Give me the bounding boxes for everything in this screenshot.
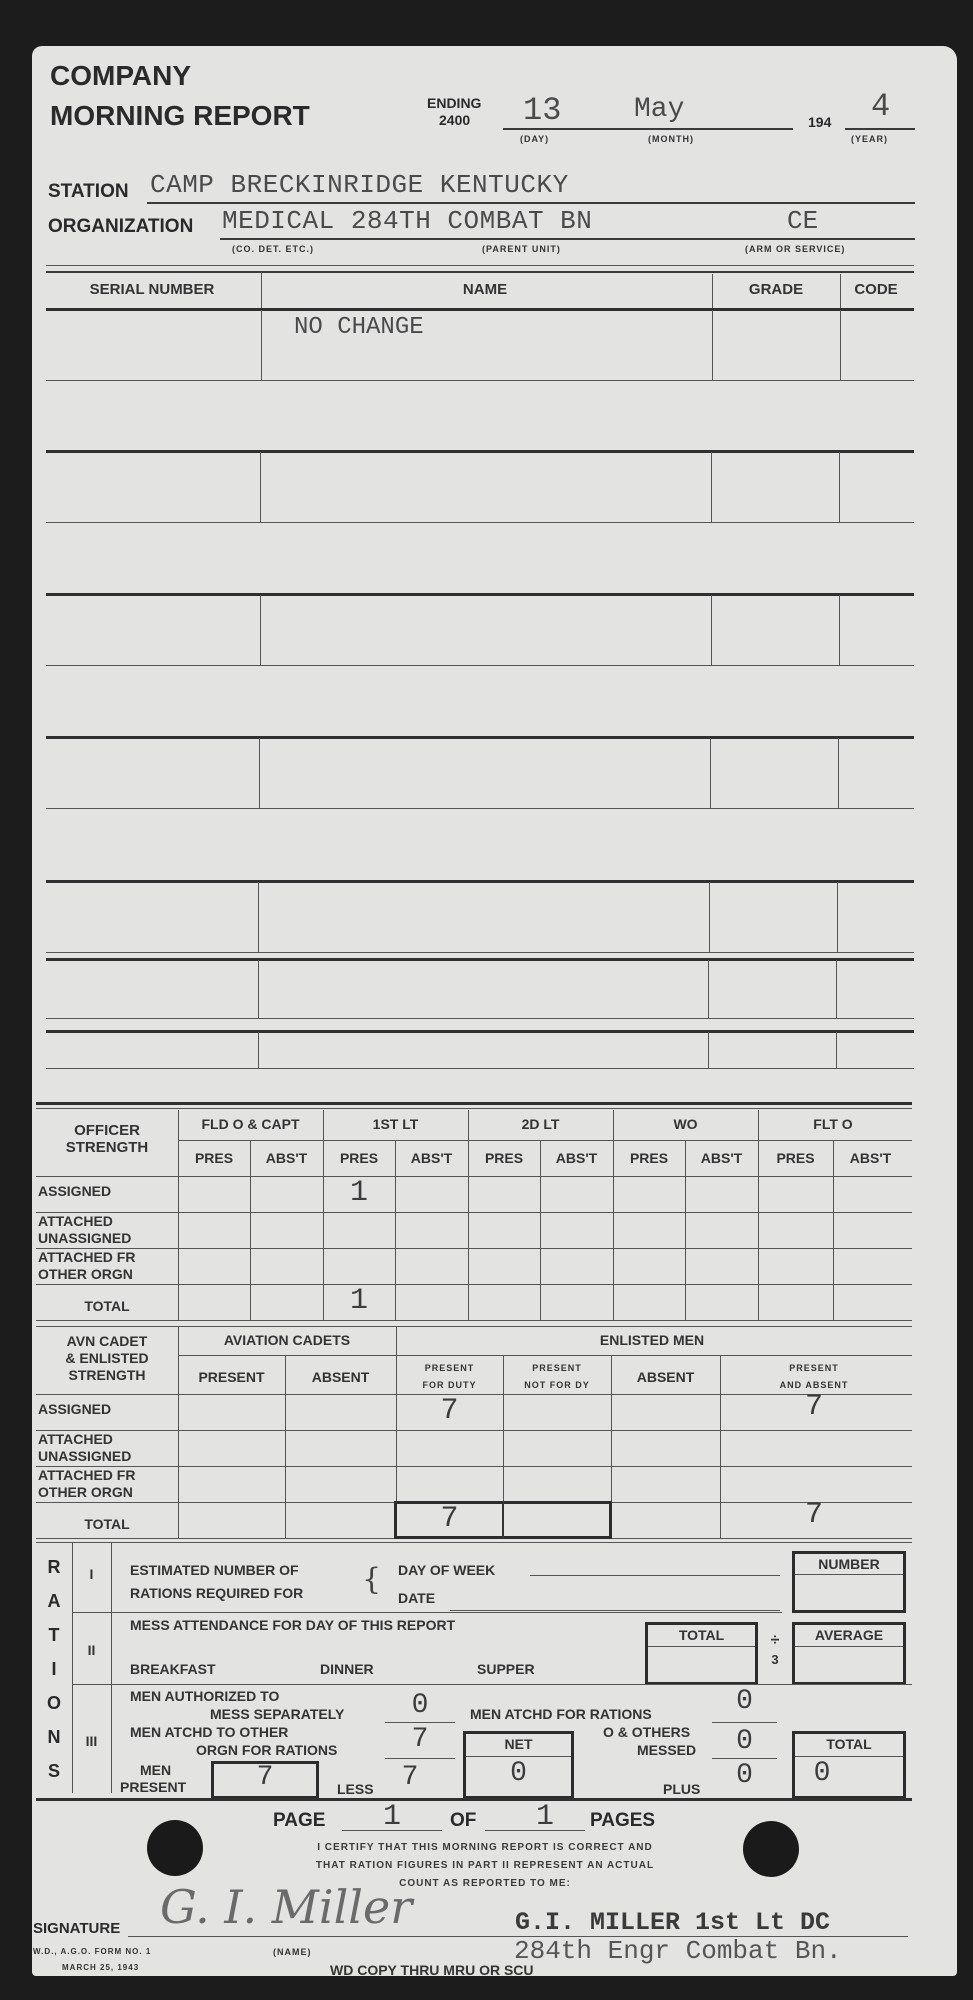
rations-total-label: TOTAL [792, 1736, 906, 1752]
atchd-rations-value[interactable]: 0 [712, 1686, 777, 1717]
rations-letter: A [36, 1584, 72, 1618]
less-label: LESS [337, 1781, 374, 1798]
divider [837, 882, 838, 952]
row-rule [46, 1018, 914, 1019]
row-rule [46, 808, 914, 809]
part-i-line1: ESTIMATED NUMBER OF [130, 1562, 299, 1579]
col-cadets-present: PRESENT [178, 1369, 285, 1385]
group-1st-lt: 1ST LT [323, 1116, 468, 1132]
table-row[interactable] [46, 452, 914, 522]
row-rule [46, 665, 914, 666]
divider [839, 452, 840, 522]
row-rule [46, 522, 914, 523]
form-number: W.D., A.G.O. FORM NO. 1 [33, 1947, 151, 1956]
station-value[interactable]: CAMP BRECKINRIDGE KENTUCKY [150, 170, 569, 200]
brace-icon: { [362, 1560, 381, 1600]
ending-label: ENDING [427, 96, 481, 111]
group-aviation-cadets: AVIATION CADETS [178, 1332, 396, 1348]
average-label: AVERAGE [792, 1627, 906, 1643]
name-entry-no-change[interactable]: NO CHANGE [294, 314, 424, 341]
divider [258, 1032, 259, 1068]
rations-letter: O [36, 1686, 72, 1720]
divider [261, 272, 262, 308]
row-rule [36, 1248, 912, 1249]
date-field[interactable] [450, 1610, 780, 1611]
wd-copy-note: WD COPY THRU MRU OR SCU [330, 1962, 534, 1978]
divider [708, 960, 709, 1018]
sub-pres: PRES [178, 1150, 250, 1166]
sub-abst: ABS'T [540, 1150, 613, 1166]
men-present-line1: MEN [140, 1762, 171, 1779]
pages-label: PAGES [590, 1810, 655, 1832]
divider [712, 310, 713, 380]
row-rule [72, 1684, 912, 1685]
day-value[interactable]: 13 [523, 92, 561, 129]
row-rule [46, 380, 914, 381]
divider [711, 452, 712, 522]
divider [261, 310, 262, 380]
rations-total-value[interactable]: 0 [792, 1758, 852, 1789]
col-code: CODE [840, 281, 912, 298]
row-rule [36, 1176, 912, 1177]
officer-row-attached-fr-1: ATTACHED FR [38, 1249, 135, 1266]
divider [178, 1327, 179, 1538]
row-rule [795, 1646, 903, 1647]
row-rule [36, 1320, 912, 1321]
handwritten-signature: G. I. Miller [160, 1880, 412, 1934]
row-rule [72, 1612, 782, 1613]
col-enlisted-absent: ABSENT [611, 1369, 720, 1385]
breakfast-label: BREAKFAST [130, 1661, 216, 1678]
signature-label: SIGNATURE [33, 1920, 120, 1937]
plus-value[interactable]: 0 [712, 1760, 777, 1791]
divider [839, 595, 840, 665]
divider [260, 452, 261, 522]
table-top-rule-2 [46, 271, 914, 273]
number-label: NUMBER [792, 1556, 906, 1572]
col-grade: GRADE [712, 281, 840, 298]
o-others-line1: O & OTHERS [603, 1724, 690, 1741]
divider [712, 274, 713, 308]
enlisted-assigned-present-absent[interactable]: 7 [720, 1390, 908, 1424]
sub-pres: PRES [323, 1150, 395, 1166]
enlisted-assigned-present-duty[interactable]: 7 [396, 1394, 503, 1428]
year-caption: (YEAR) [851, 134, 888, 144]
col-serial-number: SERIAL NUMBER [46, 281, 258, 298]
day-of-week-field[interactable] [530, 1575, 780, 1576]
rations-letter: T [36, 1618, 72, 1652]
certify-line1: I CERTIFY THAT THIS MORNING REPORT IS CO… [200, 1842, 770, 1853]
page-label: PAGE [273, 1810, 325, 1832]
dinner-label: DINNER [320, 1661, 374, 1678]
o-others-line2: MESSED [637, 1742, 696, 1759]
divider [258, 882, 259, 952]
divider [708, 1032, 709, 1068]
rations-letter: R [36, 1550, 72, 1584]
group-2d-lt: 2D LT [468, 1116, 613, 1132]
row-rule [36, 1430, 912, 1431]
divider [250, 1141, 251, 1320]
mess-separately-value[interactable]: 0 [385, 1690, 455, 1721]
supper-label: SUPPER [477, 1661, 535, 1678]
section-rule [36, 1102, 912, 1105]
divider [840, 274, 841, 308]
part-iii-numeral: III [72, 1733, 111, 1750]
row-rule [648, 1646, 755, 1647]
sub-abst: ABS'T [250, 1150, 323, 1166]
officer-row-total: TOTAL [36, 1298, 178, 1315]
day-of-week-label: DAY OF WEEK [398, 1562, 495, 1579]
date-label: DATE [398, 1590, 435, 1607]
enlisted-row-attached-fr-2: OTHER ORGN [38, 1484, 133, 1501]
group-wo: WO [613, 1116, 758, 1132]
divider [468, 1110, 469, 1320]
officer-strength-title-1: OFFICER [36, 1122, 178, 1139]
col-present-for-duty-2: FOR DUTY [396, 1380, 503, 1390]
rations-side-label: R A T I O N S [36, 1550, 72, 1788]
divider [709, 882, 710, 952]
table-top-rule [46, 265, 914, 266]
sub-abst: ABS'T [833, 1150, 908, 1166]
enlisted-row-total: TOTAL [36, 1516, 178, 1533]
enlisted-row-assigned: ASSIGNED [38, 1401, 111, 1418]
auth-line2: MESS SEPARATELY [210, 1706, 344, 1723]
divider [685, 1141, 686, 1320]
row-rule [46, 952, 914, 953]
punch-hole-left [147, 1820, 203, 1876]
table-row[interactable] [46, 882, 914, 952]
form-title-line2: MORNING REPORT [50, 100, 310, 132]
col-present-and-absent-2: AND ABSENT [720, 1380, 908, 1390]
divider [395, 1141, 396, 1320]
row-rule [46, 1068, 914, 1069]
enlisted-total-present-duty[interactable]: 7 [396, 1502, 503, 1536]
year-prefix: 194 [808, 114, 831, 130]
name-caption: (NAME) [273, 1947, 312, 1957]
col-cadets-absent: ABSENT [285, 1369, 396, 1385]
arm-or-service-value[interactable]: CE [787, 206, 818, 236]
officer-total-1st-lt-pres[interactable]: 1 [323, 1284, 395, 1318]
row-rule [36, 1212, 912, 1213]
arm-service-caption: (ARM OR SERVICE) [745, 244, 845, 254]
men-present-line2: PRESENT [120, 1779, 186, 1796]
officer-row-attached-unassigned-1: ATTACHED [38, 1213, 113, 1230]
atchd-other-value[interactable]: 7 [385, 1724, 455, 1755]
divider [259, 738, 260, 808]
enlisted-total-present-absent[interactable]: 7 [720, 1498, 908, 1532]
group-enlisted-men: ENLISTED MEN [396, 1332, 908, 1348]
month-caption: (MONTH) [648, 134, 694, 144]
net-label: NET [463, 1736, 574, 1752]
section-rule [36, 1798, 912, 1801]
divider [258, 960, 259, 1018]
enlisted-row-attached-unassigned-2: UNASSIGNED [38, 1448, 131, 1465]
divider [840, 310, 841, 380]
divider [833, 1141, 834, 1320]
col-present-and-absent-1: PRESENT [720, 1363, 908, 1373]
of-label: OF [450, 1810, 476, 1832]
mess-attendance-title: MESS ATTENDANCE FOR DAY OF THIS REPORT [130, 1617, 455, 1634]
row-rule [178, 1355, 912, 1356]
officer-row-attached-fr-2: OTHER ORGN [38, 1266, 133, 1283]
men-present-value[interactable]: 7 [211, 1762, 319, 1793]
form-title-line1: COMPANY [50, 60, 191, 92]
section-rule [36, 1542, 912, 1543]
section-rule [36, 1326, 912, 1327]
row-rule [795, 1574, 903, 1575]
officer-assigned-1st-lt-pres[interactable]: 1 [323, 1176, 395, 1210]
year-underline [845, 128, 915, 130]
officer-row-attached-unassigned-2: UNASSIGNED [38, 1230, 131, 1247]
divider [836, 960, 837, 1018]
auth-line1: MEN AUTHORIZED TO [130, 1688, 279, 1705]
divider [758, 1110, 759, 1320]
sub-abst: ABS'T [395, 1150, 468, 1166]
typed-name: G.I. MILLER 1st Lt DC [515, 1908, 830, 1937]
officer-strength-title-2: STRENGTH [36, 1139, 178, 1156]
divider [260, 595, 261, 665]
rations-letter: N [36, 1720, 72, 1754]
ending-time: 2400 [439, 113, 470, 128]
divide-by-value: 3 [760, 1652, 790, 1667]
plus-label: PLUS [663, 1781, 700, 1798]
o-others-field [712, 1758, 777, 1759]
divider [285, 1356, 286, 1538]
co-det-caption: (CO. DET. ETC.) [232, 244, 314, 254]
rations-letter: I [36, 1652, 72, 1686]
form-date: MARCH 25, 1943 [62, 1963, 139, 1972]
row-rule [178, 1140, 912, 1141]
divider [178, 1110, 179, 1320]
atchd-other-field [385, 1758, 455, 1759]
atchd-rations-label: MEN ATCHD FOR RATIONS [470, 1706, 652, 1723]
organization-value[interactable]: MEDICAL 284TH COMBAT BN [222, 206, 592, 236]
group-flt-o: FLT O [758, 1116, 908, 1132]
table-row[interactable] [46, 738, 914, 808]
divide-icon: ÷ [760, 1632, 790, 1650]
table-row[interactable] [46, 960, 914, 1018]
divider [540, 1141, 541, 1320]
month-value[interactable]: May [634, 94, 684, 125]
mess-total-label: TOTAL [645, 1627, 758, 1643]
divider [111, 1543, 112, 1793]
o-others-value[interactable]: 0 [712, 1726, 777, 1757]
table-row[interactable] [46, 595, 914, 665]
table-row[interactable] [46, 310, 914, 380]
divider [838, 738, 839, 808]
auth-field [385, 1722, 455, 1723]
divider [836, 1032, 837, 1068]
certify-line2: THAT RATION FIGURES IN PART II REPRESENT… [200, 1860, 770, 1871]
typed-unit: 284th Engr Combat Bn. [514, 1936, 842, 1966]
col-present-not-for-dy-1: PRESENT [503, 1363, 611, 1373]
station-underline [147, 202, 915, 204]
organization-label: ORGANIZATION [48, 216, 193, 238]
sub-pres: PRES [468, 1150, 540, 1166]
enlisted-row-attached-unassigned-1: ATTACHED [38, 1431, 113, 1448]
section-rule [36, 1108, 912, 1109]
part-i-numeral: I [72, 1566, 111, 1583]
col-present-not-for-dy-2: NOT FOR DY [503, 1380, 611, 1390]
divider [613, 1110, 614, 1320]
col-present-for-duty-1: PRESENT [396, 1363, 503, 1373]
part-i-line2: RATIONS REQUIRED FOR [130, 1585, 303, 1602]
enlisted-row-attached-fr-1: ATTACHED FR [38, 1467, 135, 1484]
row-rule [466, 1756, 571, 1757]
table-row[interactable] [46, 1032, 914, 1068]
divider [710, 738, 711, 808]
divider [711, 595, 712, 665]
parent-unit-caption: (PARENT UNIT) [482, 244, 561, 254]
net-value[interactable]: 0 [463, 1758, 574, 1789]
group-fld-o-capt: FLD O & CAPT [178, 1116, 323, 1132]
page-number[interactable]: 1 [342, 1800, 442, 1834]
atchd-other-line2: ORGN FOR RATIONS [196, 1742, 337, 1759]
rations-letter: S [36, 1754, 72, 1788]
sub-pres: PRES [758, 1150, 833, 1166]
organization-underline [220, 238, 915, 240]
sub-pres: PRES [613, 1150, 685, 1166]
enlisted-title-1: AVN CADET [36, 1333, 178, 1350]
col-name: NAME [258, 281, 712, 298]
enlisted-title-2: & ENLISTED [36, 1350, 178, 1367]
row-rule [36, 1284, 912, 1285]
atchd-other-line1: MEN ATCHD TO OTHER [130, 1724, 288, 1741]
row-rule [36, 1466, 912, 1467]
sub-abst: ABS'T [685, 1150, 758, 1166]
atchd-rations-field [712, 1722, 777, 1723]
day-caption: (DAY) [520, 134, 549, 144]
row-rule [795, 1756, 903, 1757]
part-ii-numeral: II [72, 1642, 111, 1659]
page-total[interactable]: 1 [505, 1800, 585, 1834]
officer-row-assigned: ASSIGNED [38, 1183, 111, 1200]
year-digit[interactable]: 4 [871, 88, 890, 125]
less-value[interactable]: 7 [380, 1762, 440, 1793]
station-label: STATION [48, 181, 129, 203]
enlisted-title-3: STRENGTH [36, 1367, 178, 1384]
